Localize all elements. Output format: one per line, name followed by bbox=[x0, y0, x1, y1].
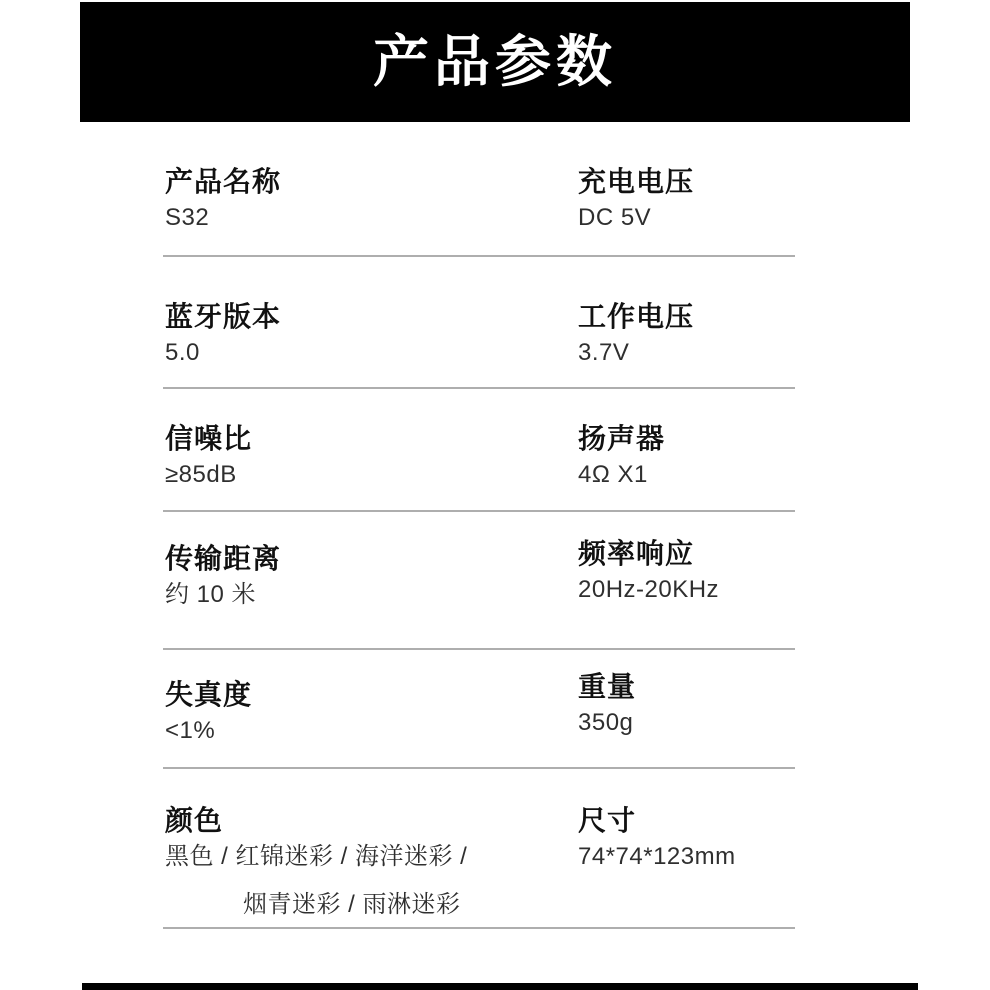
spec-label: 颜色 bbox=[165, 804, 565, 838]
spec-cell-distortion: 失真度 <1% bbox=[165, 678, 565, 746]
spec-cell-speaker: 扬声器 4Ω X1 bbox=[578, 422, 978, 490]
spec-value: 4Ω X1 bbox=[578, 460, 978, 490]
spec-value: 约 10 米 bbox=[165, 580, 565, 610]
spec-cell-color: 颜色 黑色 / 红锦迷彩 / 海洋迷彩 / 烟青迷彩 / 雨淋迷彩 bbox=[165, 804, 565, 920]
spec-cell-bluetooth-version: 蓝牙版本 5.0 bbox=[165, 300, 565, 368]
spec-label: 蓝牙版本 bbox=[165, 300, 565, 334]
row-divider bbox=[163, 255, 795, 257]
spec-cell-weight: 重量 350g bbox=[578, 670, 978, 738]
row-divider bbox=[163, 648, 795, 650]
spec-label: 频率响应 bbox=[578, 537, 978, 571]
spec-label: 传输距离 bbox=[165, 542, 565, 576]
row-divider bbox=[163, 927, 795, 929]
spec-cell-product-name: 产品名称 S32 bbox=[165, 165, 565, 233]
spec-value: 350g bbox=[578, 708, 978, 738]
spec-label: 工作电压 bbox=[578, 300, 978, 334]
spec-label: 产品名称 bbox=[165, 165, 565, 199]
spec-value: ≥85dB bbox=[165, 460, 565, 490]
spec-label: 信噪比 bbox=[165, 422, 565, 456]
product-spec-page: 产品参数 产品名称 S32 充电电压 DC 5V 蓝牙版本 5.0 工作电压 3… bbox=[0, 0, 990, 990]
row-divider bbox=[163, 510, 795, 512]
spec-cell-transmission-distance: 传输距离 约 10 米 bbox=[165, 542, 565, 610]
spec-value: 黑色 / 红锦迷彩 / 海洋迷彩 / bbox=[165, 842, 565, 872]
spec-label: 重量 bbox=[578, 670, 978, 704]
spec-value: 3.7V bbox=[578, 338, 978, 368]
header-bar: 产品参数 bbox=[80, 2, 910, 122]
spec-cell-snr: 信噪比 ≥85dB bbox=[165, 422, 565, 490]
spec-value: 74*74*123mm bbox=[578, 842, 978, 872]
page-title: 产品参数 bbox=[373, 34, 617, 90]
spec-label: 失真度 bbox=[165, 678, 565, 712]
spec-label: 尺寸 bbox=[578, 804, 978, 838]
spec-label: 充电电压 bbox=[578, 165, 978, 199]
spec-label: 扬声器 bbox=[578, 422, 978, 456]
spec-cell-dimensions: 尺寸 74*74*123mm bbox=[578, 804, 978, 872]
row-divider bbox=[163, 767, 795, 769]
row-divider bbox=[163, 387, 795, 389]
spec-value: 20Hz-20KHz bbox=[578, 575, 978, 605]
spec-cell-charging-voltage: 充电电压 DC 5V bbox=[578, 165, 978, 233]
spec-value: DC 5V bbox=[578, 203, 978, 233]
spec-value: <1% bbox=[165, 716, 565, 746]
spec-cell-frequency-response: 频率响应 20Hz-20KHz bbox=[578, 537, 978, 605]
footer-bar bbox=[82, 983, 918, 990]
spec-value: S32 bbox=[165, 203, 565, 233]
spec-value: 5.0 bbox=[165, 338, 565, 368]
spec-cell-working-voltage: 工作电压 3.7V bbox=[578, 300, 978, 368]
spec-value-continued: 烟青迷彩 / 雨淋迷彩 bbox=[243, 890, 565, 920]
